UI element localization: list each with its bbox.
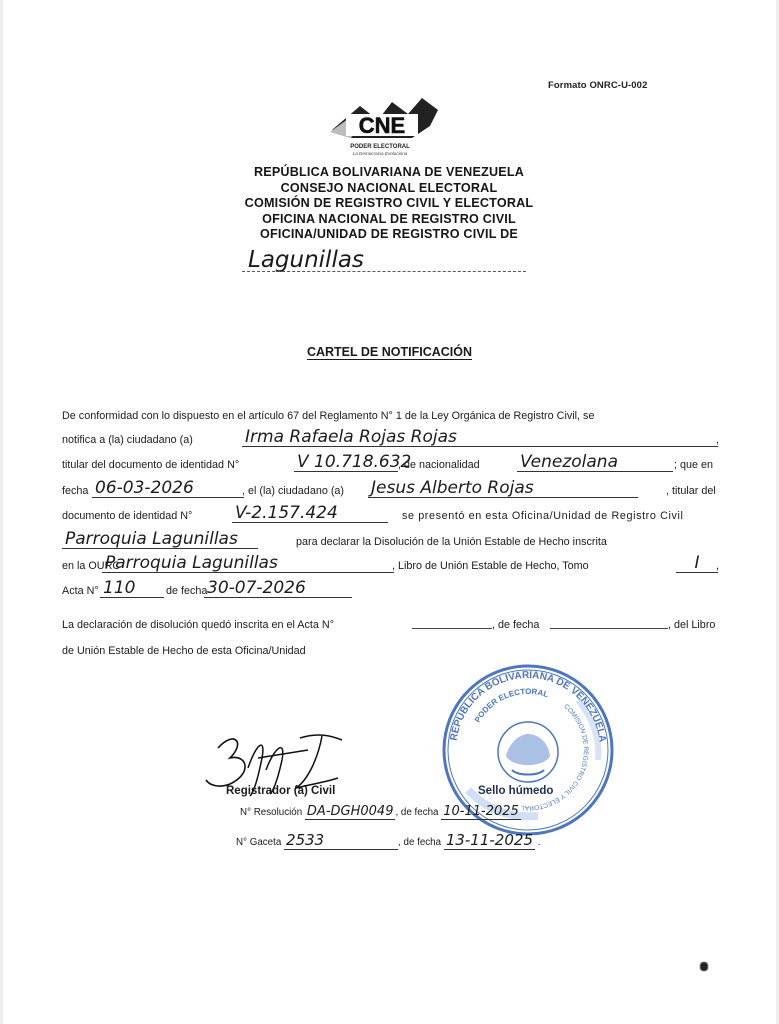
acta-date-prefix: de fecha — [166, 585, 207, 597]
nationality-suffix: ; que en — [674, 459, 713, 471]
paragraph1-line4: fecha 06-03-2026 , el (la) ciudadano (a)… — [62, 478, 732, 500]
paragraph1-line5: documento de identidad N° V-2.157.424 se… — [62, 503, 732, 525]
declarant-id-prefix: documento de identidad N° — [62, 510, 192, 522]
gazette-prefix: N° Gaceta — [236, 837, 281, 848]
svg-text:CNE: CNE — [359, 113, 405, 138]
header-line: OFICINA NACIONAL DE REGISTRO CIVIL — [180, 212, 598, 228]
resolution-date-prefix: , de fecha — [395, 807, 438, 818]
presented-text: se presentó en esta Oficina/Unidad de Re… — [402, 510, 683, 522]
notified-citizen: Irma Rafaela Rojas Rojas — [242, 428, 718, 447]
acta-number: 110 — [100, 579, 164, 598]
header-line: OFICINA/UNIDAD DE REGISTRO CIVIL DE — [180, 227, 598, 243]
gazette-date-prefix: , de fecha — [398, 837, 441, 848]
acta-prefix: Acta N° — [62, 585, 99, 597]
resolution-number: DA-DGH0049 — [305, 804, 396, 820]
paragraph2-line1: La declaración de disolución quedó inscr… — [62, 612, 732, 634]
nationality: Venezolana — [517, 453, 673, 472]
acta-date: 30-07-2026 — [204, 579, 352, 598]
blank-dissolution-date — [550, 627, 668, 629]
registrar-label: Registrador (a) Civil — [226, 785, 335, 797]
header-line: CONSEJO NACIONAL ELECTORAL — [180, 181, 598, 197]
gazette-date: 13-11-2025 — [444, 831, 535, 850]
header-line: REPÚBLICA BOLIVARIANA DE VENEZUELA — [180, 165, 598, 181]
declarant-id: V-2.157.424 — [232, 504, 388, 523]
declarant-suffix: , titular del — [666, 485, 716, 497]
intro-text: De conformidad con lo dispuesto en el ar… — [62, 410, 594, 422]
resolution-prefix: N° Resolución — [240, 807, 302, 818]
header-line: COMISIÓN DE REGISTRO CIVIL Y ELECTORAL — [180, 196, 598, 212]
svg-text:La Democracia Evoluciona: La Democracia Evoluciona — [353, 151, 408, 156]
id-prefix: titular del documento de identidad N° — [62, 459, 239, 471]
book-office-text: de Unión Estable de Hecho de esta Oficin… — [62, 645, 306, 657]
scan-speck — [700, 962, 708, 971]
paragraph1-line2: notifica a (la) ciudadano (a) Irma Rafae… — [62, 427, 732, 449]
gazette-number: 2533 — [284, 831, 398, 850]
ourc-office: Parroquia Lagunillas — [102, 554, 394, 573]
nationality-prefix: , de nacionalidad — [398, 459, 480, 471]
document-header: REPÚBLICA BOLIVARIANA DE VENEZUELA CONSE… — [180, 165, 598, 243]
paragraph1-line3: titular del documento de identidad N° V … — [62, 452, 732, 474]
paragraph2-line2: de Unión Estable de Hecho de esta Oficin… — [62, 638, 732, 660]
svg-text:PODER ELECTORAL: PODER ELECTORAL — [350, 144, 410, 150]
page-edge-left — [0, 0, 3, 1024]
paragraph1-line8: Acta N° 110 de fecha 30-07-2026 — [62, 578, 732, 600]
seal-label: Sello húmedo — [478, 785, 553, 797]
gazette-line: N° Gaceta 2533, de fecha 13-11-2025 . — [236, 831, 540, 850]
notification-date: 06-03-2026 — [92, 479, 244, 498]
book-suffix: , del Libro — [668, 619, 715, 631]
resolution-line: N° Resolución DA-DGH0049, de fecha 10-11… — [240, 804, 521, 819]
notify-prefix: notifica a (la) ciudadano (a) — [62, 434, 193, 446]
declarant-prefix: , el (la) ciudadano (a) — [242, 485, 344, 497]
dissolution-date-prefix: , de fecha — [492, 619, 539, 631]
paragraph1-line1: De conformidad con lo dispuesto en el ar… — [62, 403, 732, 425]
purpose-text: para declarar la Disolución de la Unión … — [296, 536, 607, 548]
cne-logo-icon: CNE PODER ELECTORAL La Democracia Evoluc… — [330, 92, 440, 158]
blank-acta-number — [412, 627, 492, 629]
tomo-number: I — [676, 554, 718, 573]
format-code: Formato ONRC-U-002 — [548, 80, 647, 91]
office-filled: Parroquia Lagunillas — [62, 530, 258, 549]
declarant-name: Jesus Alberto Rojas — [368, 479, 638, 498]
paragraph1-line6: Parroquia Lagunillas para declarar la Di… — [62, 529, 732, 551]
document-title: CARTEL DE NOTIFICACIÓN — [200, 345, 579, 359]
resolution-date: 10-11-2025 — [441, 804, 521, 820]
dissolution-text: La declaración de disolución quedó inscr… — [62, 619, 334, 631]
notified-id: V 10.718.632 — [294, 453, 398, 472]
book-text: , Libro de Unión Estable de Hecho, Tomo — [392, 560, 589, 572]
office-name-line — [242, 270, 526, 272]
paragraph1-line7: en la OURC Parroquia Lagunillas , Libro … — [62, 553, 732, 575]
date-prefix: fecha — [62, 485, 88, 497]
